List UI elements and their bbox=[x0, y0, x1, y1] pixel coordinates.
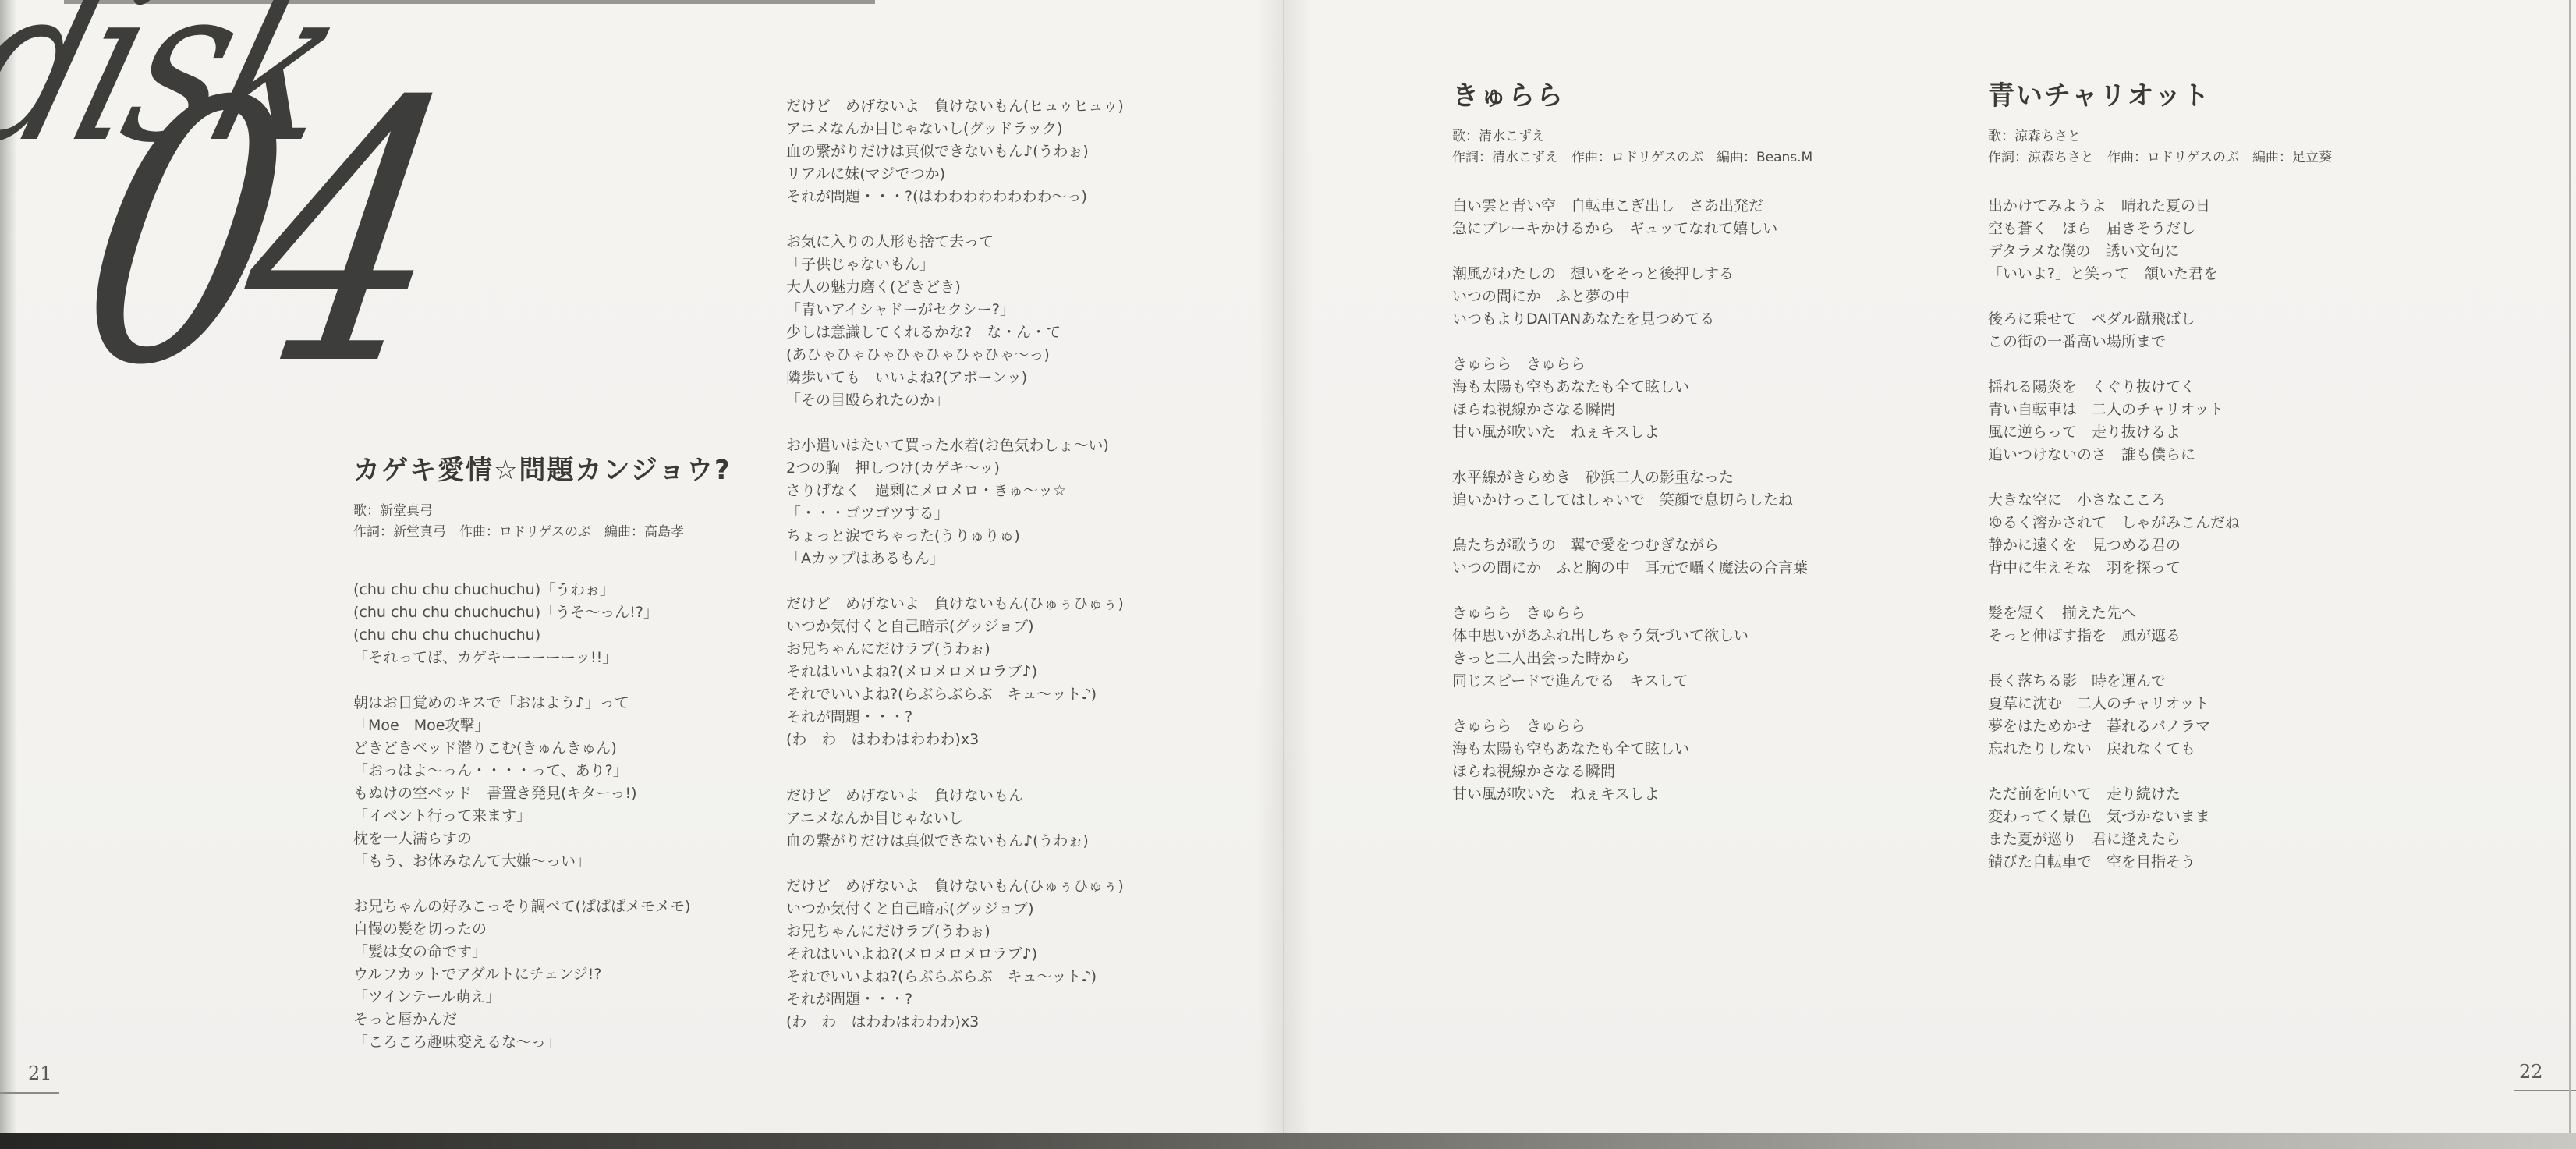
verse: きゅらら きゅらら海も太陽も空もあなたも全て眩しいほらね視線かさなる瞬間甘い風が… bbox=[1452, 715, 1982, 806]
lyrics-verses: 出かけてみようよ 晴れた夏の日空も蒼く ほら 届きそうだしデタラメな僕の 誘い文… bbox=[1988, 195, 2534, 874]
lyric-line: きゅらら きゅらら bbox=[1452, 602, 1982, 625]
lyric-line: お小遣いはたいて買った水着(お色気わしょ〜い) bbox=[786, 434, 1270, 457]
lyric-line: 「青いアイシャドーがセクシー?」 bbox=[786, 299, 1270, 321]
lyric-line: この街の一番高い場所まで bbox=[1988, 331, 2534, 353]
lyric-line: 急にブレーキかけるから ギュッてなれて嬉しい bbox=[1452, 218, 1982, 240]
lyric-line: 後ろに乗せて ペダル蹴飛ばし bbox=[1988, 308, 2534, 331]
lyric-line: そっと伸ばす指を 風が遮る bbox=[1988, 625, 2534, 647]
lyric-line: 朝はお目覚めのキスで「おはよう♪」って bbox=[353, 692, 821, 715]
lyric-line: 「イベント行って来ます」 bbox=[353, 805, 821, 828]
lyric-line: 「おっはよ〜っん・・・・って、あり?」 bbox=[353, 760, 821, 782]
lyric-line: 背中に生えそな 羽を探って bbox=[1988, 557, 2534, 580]
lyric-line: 「もう、お休みなんて大嫌〜っい」 bbox=[353, 850, 821, 873]
lyric-line: 「ころころ趣味変えるな〜っ」 bbox=[353, 1031, 821, 1054]
lyric-line: きゅらら きゅらら bbox=[1452, 353, 1982, 376]
lyric-line: デタラメな僕の 誘い文句に bbox=[1988, 240, 2534, 263]
verse: 鳥たちが歌うの 翼で愛をつむぎながらいつの間にか ふと胸の中 耳元で囁く魔法の合… bbox=[1452, 534, 1982, 580]
page-number-rule-right bbox=[2514, 1090, 2576, 1091]
lyric-line: 同じスピードで進んでる キスして bbox=[1452, 670, 1982, 693]
verse: お気に入りの人形も捨て去って「子供じゃないもん」大人の魅力磨く(どきどき)「青い… bbox=[786, 231, 1270, 412]
lyric-line: ゆるく溶かされて しゃがみこんだね bbox=[1988, 512, 2534, 534]
lyric-line: さりげなく 過剰にメロメロ・きゅ〜ッ☆ bbox=[786, 480, 1270, 502]
song-credits-kageki: 作詞：新堂真弓 作曲：ロドリゲスのぶ 編曲：高島孝 bbox=[353, 522, 821, 543]
lyric-line: 「Moe Moe攻撃」 bbox=[353, 715, 821, 737]
lyric-line: ただ前を向いて 走り続けた bbox=[1988, 783, 2534, 806]
lyric-line: きっと二人出会った時から bbox=[1452, 647, 1982, 670]
verse: 朝はお目覚めのキスで「おはよう♪」って「Moe Moe攻撃」どきどきベッド潜りこ… bbox=[353, 692, 821, 873]
lyric-line: 甘い風が吹いた ねぇキスしよ bbox=[1452, 421, 1982, 444]
verse: 出かけてみようよ 晴れた夏の日空も蒼く ほら 届きそうだしデタラメな僕の 誘い文… bbox=[1988, 195, 2534, 285]
lyric-line: ほらね視線かさなる瞬間 bbox=[1452, 761, 1982, 783]
lyric-line: 血の繋がりだけは真似できないもん♪(うわぉ) bbox=[786, 140, 1270, 163]
lyric-line: 潮風がわたしの 想いをそっと後押しする bbox=[1452, 263, 1982, 285]
verse: ただ前を向いて 走り続けた変わってく景色 気づかないまままた夏が巡り 君に逢えた… bbox=[1988, 783, 2534, 874]
song-singer-kageki: 歌：新堂真弓 bbox=[353, 501, 821, 522]
lyric-line: 大きな空に 小さなこころ bbox=[1988, 489, 2534, 512]
lyric-line: 出かけてみようよ 晴れた夏の日 bbox=[1988, 195, 2534, 218]
lyric-line: 隣歩いても いいよね?(アボーンッ) bbox=[786, 367, 1270, 389]
verse: だけど めげないよ 負けないもん(ひゅぅひゅぅ)いつか気付くと自己暗示(グッジョ… bbox=[786, 875, 1270, 1034]
lyric-line: (chu chu chu chuchuchu) bbox=[353, 624, 821, 647]
lyric-line: 「・・・ゴツゴツする」 bbox=[786, 502, 1270, 525]
lyric-line: 白い雲と青い空 自転車こぎ出し さあ出発だ bbox=[1452, 195, 1982, 218]
lyric-line: だけど めげないよ 負けないもん(ヒュゥヒュゥ) bbox=[786, 95, 1270, 118]
song-singer-chariot: 歌：涼森ちさと bbox=[1988, 126, 2534, 147]
lyric-line: 海も太陽も空もあなたも全て眩しい bbox=[1452, 376, 1982, 399]
lyric-line: 2つの胸 押しつけ(カゲキ〜ッ) bbox=[786, 457, 1270, 480]
scan-bottom-edge bbox=[0, 1133, 2576, 1149]
lyric-line: いつもよりDAITANあなたを見つめてる bbox=[1452, 308, 1982, 331]
lyric-line: (chu chu chu chuchuchu)「うそ〜っん!?」 bbox=[353, 601, 821, 624]
booklet-scan: disk 04 カゲキ愛情☆問題カンジョウ? 歌：新堂真弓 作詞：新堂真弓 作曲… bbox=[0, 0, 2576, 1149]
lyric-line: 枕を一人濡らすの bbox=[353, 828, 821, 850]
song-kageki-column-1: カゲキ愛情☆問題カンジョウ? 歌：新堂真弓 作詞：新堂真弓 作曲：ロドリゲスのぶ… bbox=[353, 449, 821, 1076]
lyric-line: 血の繋がりだけは真似できないもん♪(うわぉ) bbox=[786, 830, 1270, 853]
lyric-line: 青い自転車は 二人のチャリオット bbox=[1988, 399, 2534, 421]
lyric-line: いつか気付くと自己暗示(グッジョブ) bbox=[786, 615, 1270, 638]
song-title-kageki: カゲキ愛情☆問題カンジョウ? bbox=[353, 449, 821, 487]
lyric-line: 甘い風が吹いた ねぇキスしよ bbox=[1452, 783, 1982, 806]
lyric-line: (わ わ はわわはわわわ)x3 bbox=[786, 1011, 1270, 1034]
lyric-line: 海も太陽も空もあなたも全て眩しい bbox=[1452, 738, 1982, 761]
lyric-line: 大人の魅力磨く(どきどき) bbox=[786, 276, 1270, 299]
lyric-line: (あひゃひゃひゃひゃひゃひゃひゃ〜っ) bbox=[786, 344, 1270, 367]
lyrics-verses: だけど めげないよ 負けないもん(ヒュゥヒュゥ)アニメなんか目じゃないし(グッド… bbox=[786, 95, 1270, 1034]
song-credits-chariot: 作詞：涼森ちさと 作曲：ロドリゲスのぶ 編曲：足立葵 bbox=[1988, 147, 2534, 168]
lyric-line: 風に逆らって 走り抜けるよ bbox=[1988, 421, 2534, 444]
lyric-line: 追いかけっこしてはしゃいで 笑顔で息切らしたね bbox=[1452, 489, 1982, 512]
lyric-line: アニメなんか目じゃないし bbox=[786, 807, 1270, 830]
song-title-chariot: 青いチャリオット bbox=[1988, 74, 2534, 112]
verse: 後ろに乗せて ペダル蹴飛ばしこの街の一番高い場所まで bbox=[1988, 308, 2534, 353]
verse: 長く落ちる影 時を運んで夏草に沈む 二人のチャリオット夢をはためかせ 暮れるパノ… bbox=[1988, 670, 2534, 761]
lyric-line: そっと唇かんだ bbox=[353, 1009, 821, 1031]
lyric-line: 少しは意識してくれるかな? な・ん・て bbox=[786, 321, 1270, 344]
lyric-line: 体中思いがあふれ出しちゃう気づいて欲しい bbox=[1452, 625, 1982, 647]
page-gutter-shadow bbox=[1257, 0, 1312, 1133]
lyric-line: 「その目殴られたのか」 bbox=[786, 389, 1270, 412]
song-title-kyurara: きゅらら bbox=[1452, 74, 1982, 112]
lyric-line: もぬけの空ベッド 書置き発見(キターっ!) bbox=[353, 782, 821, 805]
lyric-line: だけど めげないよ 負けないもん bbox=[786, 785, 1270, 807]
lyric-line: お気に入りの人形も捨て去って bbox=[786, 231, 1270, 254]
song-credits-kyurara: 作詞：清水こずえ 作曲：ロドリゲスのぶ 編曲：Beans.M bbox=[1452, 147, 1982, 168]
lyric-line: それが問題・・・?(はわわわわわわわわ〜っ) bbox=[786, 186, 1270, 208]
lyric-line: どきどきベッド潜りこむ(きゅんきゅん) bbox=[353, 737, 821, 760]
lyric-line: だけど めげないよ 負けないもん(ひゅぅひゅぅ) bbox=[786, 593, 1270, 615]
lyric-line: 静かに遠くを 見つめる君の bbox=[1988, 534, 2534, 557]
lyric-line: 追いつけないのさ 誰も僕らに bbox=[1988, 444, 2534, 466]
verse: きゅらら きゅらら海も太陽も空もあなたも全て眩しいほらね視線かさなる瞬間甘い風が… bbox=[1452, 353, 1982, 444]
lyric-line: (わ わ はわわはわわわ)x3 bbox=[786, 729, 1270, 751]
lyric-line: また夏が巡り 君に逢えたら bbox=[1988, 828, 2534, 851]
verse: 大きな空に 小さなこころゆるく溶かされて しゃがみこんだね静かに遠くを 見つめる… bbox=[1988, 489, 2534, 580]
song-singer-kyurara: 歌：清水こずえ bbox=[1452, 126, 1982, 147]
lyric-line: それでいいよね?(らぶらぶらぶ キュ〜ット♪) bbox=[786, 966, 1270, 988]
lyric-line: 自慢の髪を切ったの bbox=[353, 918, 821, 941]
lyric-line: ウルフカットでアダルトにチェンジ!? bbox=[353, 963, 821, 986]
verse: 白い雲と青い空 自転車こぎ出し さあ出発だ急にブレーキかけるから ギュッてなれて… bbox=[1452, 195, 1982, 240]
lyric-line: 揺れる陽炎を くぐり抜けてく bbox=[1988, 376, 2534, 399]
lyric-line: お兄ちゃんにだけラブ(うわぉ) bbox=[786, 638, 1270, 661]
song-kageki-column-2: だけど めげないよ 負けないもん(ヒュゥヒュゥ)アニメなんか目じゃないし(グッド… bbox=[786, 69, 1270, 1056]
page-right-edge-line bbox=[2569, 0, 2571, 1135]
lyric-line: 長く落ちる影 時を運んで bbox=[1988, 670, 2534, 693]
song-kyurara-column: きゅらら 歌：清水こずえ 作詞：清水こずえ 作曲：ロドリゲスのぶ 編曲：Bean… bbox=[1452, 74, 1982, 828]
lyrics-verses: (chu chu chu chuchuchu)「うわぉ」(chu chu chu… bbox=[353, 579, 821, 1054]
lyric-line: 変わってく景色 気づかないまま bbox=[1988, 806, 2534, 828]
lyric-line: 空も蒼く ほら 届きそうだし bbox=[1988, 218, 2534, 240]
lyric-line: ちょっと涙でちゃった(うりゅりゅ) bbox=[786, 525, 1270, 548]
verse: お兄ちゃんの好みこっそり調べて(ぱぱぱメモメモ)自慢の髪を切ったの「髪は女の命で… bbox=[353, 895, 821, 1054]
page-number-left: 21 bbox=[28, 1062, 52, 1084]
verse: だけど めげないよ 負けないもん(ヒュゥヒュゥ)アニメなんか目じゃないし(グッド… bbox=[786, 95, 1270, 208]
page-number-rule-left bbox=[0, 1092, 59, 1094]
lyric-line: いつか気付くと自己暗示(グッジョブ) bbox=[786, 898, 1270, 920]
lyric-line: 「それってば、カゲキーーーーーッ!!」 bbox=[353, 647, 821, 669]
lyric-line: それでいいよね?(らぶらぶらぶ キュ〜ット♪) bbox=[786, 683, 1270, 706]
verse: (chu chu chu chuchuchu)「うわぉ」(chu chu chu… bbox=[353, 579, 821, 669]
lyric-line: 錆びた自転車で 空を目指そう bbox=[1988, 851, 2534, 874]
lyric-line: だけど めげないよ 負けないもん(ひゅぅひゅぅ) bbox=[786, 875, 1270, 898]
lyrics-verses: 白い雲と青い空 自転車こぎ出し さあ出発だ急にブレーキかけるから ギュッてなれて… bbox=[1452, 195, 1982, 806]
lyric-line: それが問題・・・? bbox=[786, 988, 1270, 1011]
verse: きゅらら きゅらら体中思いがあふれ出しちゃう気づいて欲しいきっと二人出会った時か… bbox=[1452, 602, 1982, 693]
lyric-line: 「髪は女の命です」 bbox=[353, 941, 821, 963]
verse: 潮風がわたしの 想いをそっと後押しするいつの間にか ふと夢の中いつもよりDAIT… bbox=[1452, 263, 1982, 331]
disk-logo-number: 04 bbox=[60, 56, 449, 415]
verse: だけど めげないよ 負けないもんアニメなんか目じゃないし血の繋がりだけは真似でき… bbox=[786, 774, 1270, 853]
lyric-line: きゅらら きゅらら bbox=[1452, 715, 1982, 738]
lyric-line: 「いいよ?」と笑って 頷いた君を bbox=[1988, 263, 2534, 285]
verse: 揺れる陽炎を くぐり抜けてく青い自転車は 二人のチャリオット風に逆らって 走り抜… bbox=[1988, 376, 2534, 466]
verse: だけど めげないよ 負けないもん(ひゅぅひゅぅ)いつか気付くと自己暗示(グッジョ… bbox=[786, 593, 1270, 751]
lyric-line: 水平線がきらめき 砂浜二人の影重なった bbox=[1452, 466, 1982, 489]
lyric-line: 「ツインテール萌え」 bbox=[353, 986, 821, 1009]
lyric-line: 「子供じゃないもん」 bbox=[786, 254, 1270, 276]
song-chariot-column: 青いチャリオット 歌：涼森ちさと 作詞：涼森ちさと 作曲：ロドリゲスのぶ 編曲：… bbox=[1988, 74, 2534, 896]
verse: お小遣いはたいて買った水着(お色気わしょ〜い)2つの胸 押しつけ(カゲキ〜ッ)さ… bbox=[786, 434, 1270, 570]
lyric-line: 夢をはためかせ 暮れるパノラマ bbox=[1988, 715, 2534, 738]
lyric-line: 鳥たちが歌うの 翼で愛をつむぎながら bbox=[1452, 534, 1982, 557]
lyric-line: リアルに妹(マジでつか) bbox=[786, 163, 1270, 186]
page-number-right: 22 bbox=[2519, 1061, 2543, 1083]
lyric-line: いつの間にか ふと胸の中 耳元で囁く魔法の合言葉 bbox=[1452, 557, 1982, 580]
lyric-line: それが問題・・・? bbox=[786, 706, 1270, 729]
lyric-line: お兄ちゃんにだけラブ(うわぉ) bbox=[786, 920, 1270, 943]
lyric-line: それはいいよね?(メロメロメロラブ♪) bbox=[786, 661, 1270, 683]
page-gutter-line bbox=[1283, 0, 1284, 1133]
lyric-line: 「Aカップはあるもん」 bbox=[786, 548, 1270, 570]
lyric-line: (chu chu chu chuchuchu)「うわぉ」 bbox=[353, 579, 821, 601]
lyric-line: アニメなんか目じゃないし(グッドラック) bbox=[786, 118, 1270, 140]
lyric-line: それはいいよね?(メロメロメロラブ♪) bbox=[786, 943, 1270, 966]
verse: 髪を短く 揃えた先へそっと伸ばす指を 風が遮る bbox=[1988, 602, 2534, 647]
lyric-line: 夏草に沈む 二人のチャリオット bbox=[1988, 693, 2534, 715]
lyric-line: いつの間にか ふと夢の中 bbox=[1452, 285, 1982, 308]
lyric-line: 髪を短く 揃えた先へ bbox=[1988, 602, 2534, 625]
verse: 水平線がきらめき 砂浜二人の影重なった追いかけっこしてはしゃいで 笑顔で息切らし… bbox=[1452, 466, 1982, 512]
lyric-line: 忘れたりしない 戻れなくても bbox=[1988, 738, 2534, 761]
lyric-line: ほらね視線かさなる瞬間 bbox=[1452, 399, 1982, 421]
lyric-line: お兄ちゃんの好みこっそり調べて(ぱぱぱメモメモ) bbox=[353, 895, 821, 918]
